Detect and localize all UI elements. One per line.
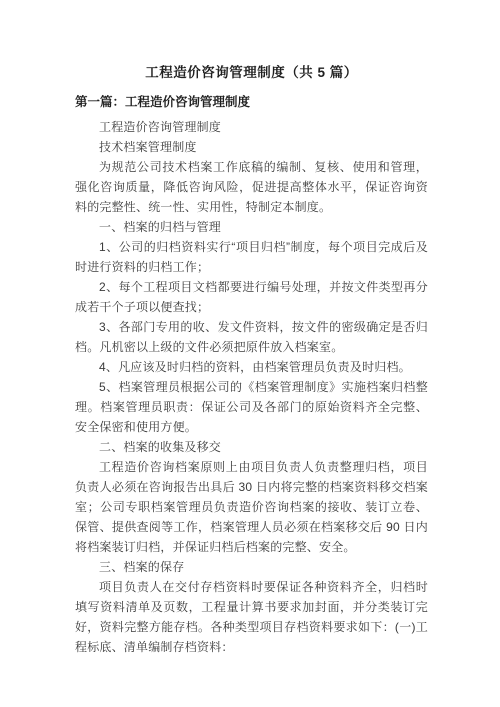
paragraph-subtitle-2: 技术档案管理制度 [75, 137, 428, 157]
paragraph-item-2: 2、每个工程项目文档都要进行编号处理，并按文件类型再分成若干个子项以便查找； [75, 277, 428, 317]
paragraph-item-3: 3、各部门专用的收、发文件资料，按文件的密级确定是否归档。凡机密以上级的文件必须… [75, 317, 428, 357]
paragraph-item-5: 5、档案管理员根据公司的《档案管理制度》实施档案归档整理。档案管理员职责：保证公… [75, 377, 428, 437]
paragraph-section-3-body: 项目负责人在交付存档资料时要保证各种资料齐全，归档时填写资料清单及页数，工程量计… [75, 577, 428, 657]
paragraph-section-3-heading: 三、档案的保存 [75, 557, 428, 577]
document-title: 工程造价咨询管理制度（共 5 篇） [75, 63, 428, 83]
paragraph-section-1-heading: 一、档案的归档与管理 [75, 217, 428, 237]
document-page: 工程造价咨询管理制度（共 5 篇） 第一篇：工程造价咨询管理制度 工程造价咨询管… [0, 0, 500, 707]
paragraph-intro: 为规范公司技术档案工作底稿的编制、复核、使用和管理，强化咨询质量，降低咨询风险，… [75, 157, 428, 217]
paragraph-section-2-body: 工程造价咨询档案原则上由项目负责人负责整理归档，项目负责人必须在咨询报告出具后 … [75, 457, 428, 557]
paragraph-item-4: 4、凡应该及时归档的资料，由档案管理员负责及时归档。 [75, 357, 428, 377]
paragraph-section-2-heading: 二、档案的收集及移交 [75, 437, 428, 457]
paragraph-subtitle-1: 工程造价咨询管理制度 [75, 117, 428, 137]
paragraph-item-1: 1、公司的归档资料实行“项目归档”制度，每个项目完成后及时进行资料的归档工作； [75, 237, 428, 277]
section-heading-part1: 第一篇：工程造价咨询管理制度 [75, 92, 428, 113]
